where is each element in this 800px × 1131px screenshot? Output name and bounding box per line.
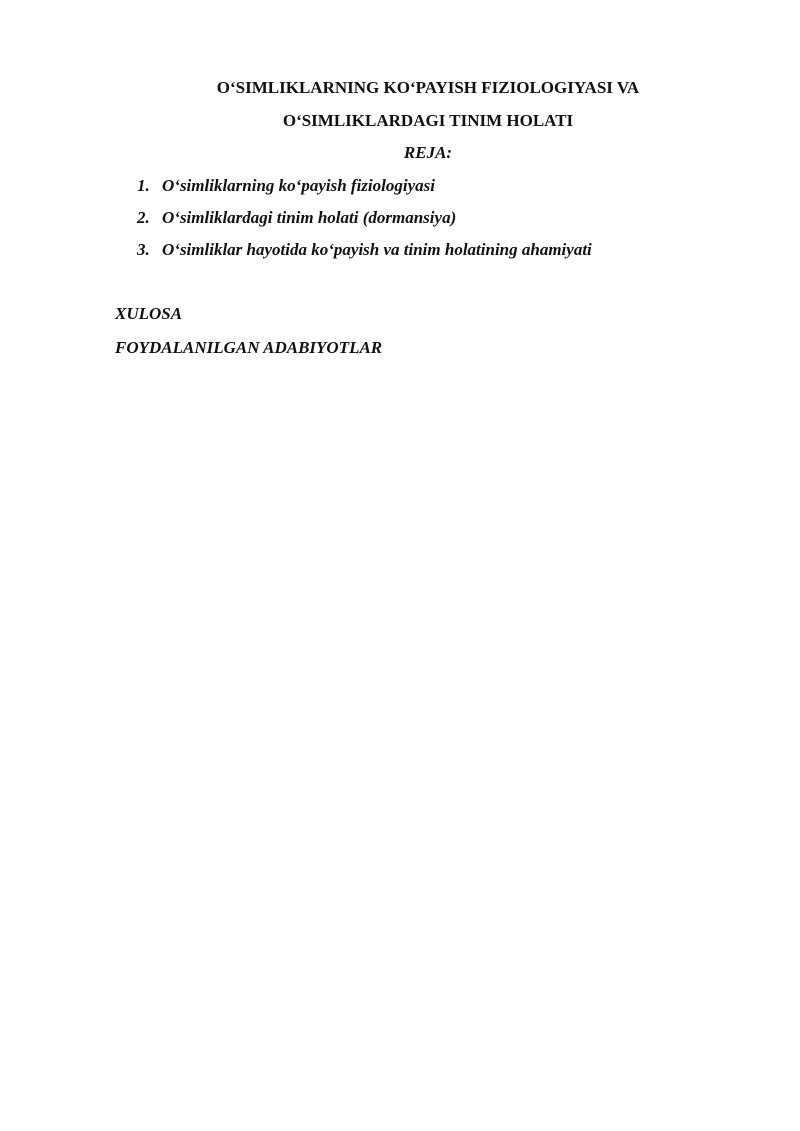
plan-item-text: O‘simliklarning ko‘payish fiziologiyasi (162, 176, 435, 195)
plan-item: 3.O‘simliklar hayotida ko‘payish va tini… (137, 240, 592, 272)
plan-item-number: 2. (137, 208, 162, 228)
plan-heading: REJA: (0, 143, 800, 163)
plan-list: 1.O‘simliklarning ko‘payish fiziologiyas… (137, 176, 592, 272)
references-heading: FOYDALANILGAN ADABIYOTLAR (115, 338, 382, 358)
plan-item: 2.O‘simliklardagi tinim holati (dormansi… (137, 208, 592, 240)
plan-item: 1.O‘simliklarning ko‘payish fiziologiyas… (137, 176, 592, 208)
plan-item-number: 1. (137, 176, 162, 196)
plan-item-text: O‘simliklar hayotida ko‘payish va tinim … (162, 240, 592, 259)
document-title-line-2: O‘SIMLIKLARDAGI TINIM HOLATI (0, 111, 800, 131)
document-title-line-1: O‘SIMLIKLARNING KO‘PAYISH FIZIOLOGIYASI … (0, 78, 800, 98)
plan-item-text: O‘simliklardagi tinim holati (dormansiya… (162, 208, 456, 227)
plan-item-number: 3. (137, 240, 162, 260)
document-page: O‘SIMLIKLARNING KO‘PAYISH FIZIOLOGIYASI … (0, 0, 800, 1131)
conclusion-heading: XULOSA (115, 304, 182, 324)
